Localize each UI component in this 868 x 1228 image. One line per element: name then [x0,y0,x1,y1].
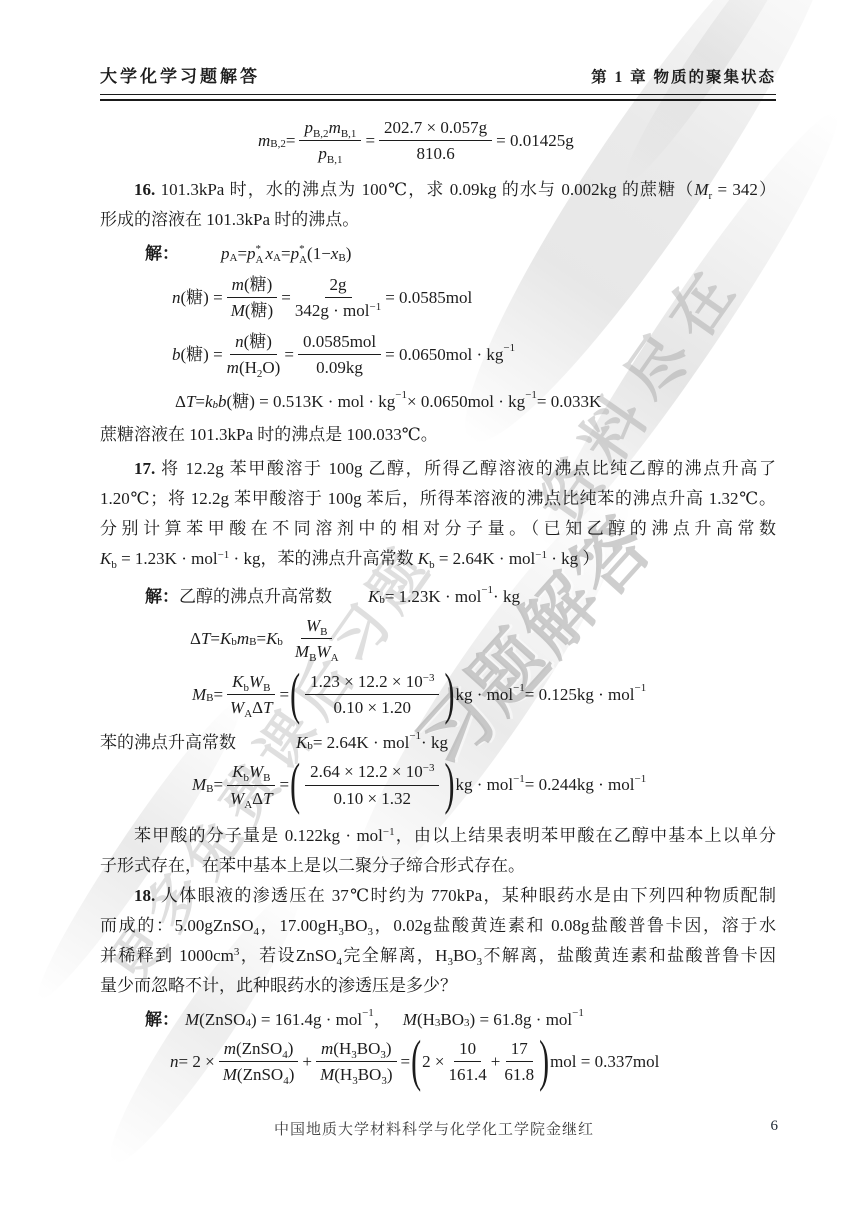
fraction-denominator: M(H3BO3) [320,1062,392,1085]
text-run: ) [386,1039,392,1058]
fraction: 202.7 × 0.057g810.6 [379,117,492,165]
text-run: 3 [464,1018,470,1029]
text-run: BO [453,946,477,965]
p16-line2: 形成的溶液在 101.3kPa 时的沸点。 [100,205,776,235]
text-run: b [243,682,249,694]
text-run: (糖) [244,332,272,351]
text-run: = 1.23K · mol [117,549,218,568]
sup-sub-stack: *A [299,244,307,266]
text-run: O) [262,358,280,377]
text-run: 3 [351,1049,357,1061]
text-run: + [302,1051,312,1072]
text-run: 3 [234,946,240,958]
fraction: 10161.4 [448,1038,486,1086]
text-run: 17 [511,1039,528,1058]
text-run: x [266,243,274,264]
text-run: −1 [409,731,421,742]
text-run: 4 [283,1075,289,1087]
text-run: · kg，苯的沸点升高常数 [229,549,417,568]
p17-line3: 分别计算苯甲酸在不同溶剂中的相对分子量。（已知乙醇的沸点升高常数 [100,514,776,544]
text-run: −3 [423,672,435,684]
fraction-numerator: n(糖) [230,331,277,355]
text-run: B,2 [313,128,329,140]
text-run: B [338,253,345,264]
text-run: 1.20℃；将 12.2g 苯甲酸溶于 100g 苯后，所得苯溶液的沸点比纯苯的… [100,489,776,508]
text-run: B [249,637,256,648]
text-run: B [263,772,270,784]
right-paren: ) [539,1026,549,1097]
text-run: ， [374,1009,391,1030]
text-run: 解： [145,243,179,264]
text-run: = 1.23K · mol [385,586,481,607]
document-page: 更多免费课后习题 资料尽在 习题解答 大学化学习题解答 第 1 章 物质的聚集状… [0,0,868,1228]
text-run: K [418,549,429,568]
fraction-numerator: 202.7 × 0.057g [379,117,492,141]
text-run: 量少而忽略不计，此种眼药水的渗透压是多少？ [100,976,457,995]
text-run: r [708,190,712,202]
text-run: 4 [245,1018,251,1029]
text-run: 形成的溶液在 101.3kPa 时的沸点。 [100,210,359,229]
var-with-sup-sub: p*A [247,243,263,266]
fraction-numerator: 17 [506,1038,533,1062]
text-run: = [401,1051,411,1072]
text-run: W [249,762,263,781]
text-run: m [237,628,249,649]
text-run: 810.6 [416,144,454,163]
text-run: 子形式存在，在苯中基本上是以二聚分子缔合形式存在。 [100,856,525,875]
text-run: n [235,332,244,351]
text-run: 3 [477,956,483,968]
eq-pa: 解：pA = p*AxA = p*A(1− xB) [100,243,776,266]
text-run: m [232,275,244,294]
text-run: 2 × [422,1051,444,1072]
text-run: = 0.244kg · mol [525,774,635,795]
text-run: 蔗糖溶液在 101.3kPa 时的沸点是 100.033℃。 [100,425,438,444]
text-run: b [277,637,283,648]
fraction-denominator: M(糖) [231,298,274,321]
text-run: ，17.00gH [259,916,338,935]
text-run: (糖) = 0.513K · mol · kg [227,391,396,412]
text-run: · kg [493,586,520,607]
text-run: T [263,698,272,717]
text-run: ，0.02g盐酸黄连素和 0.08g盐酸普鲁卡因，溶于水 [373,916,776,935]
text-run: 3 [368,926,374,938]
text-run: B [263,682,270,694]
text-run: 0.10 × 1.20 [333,698,411,717]
text-run: 3 [338,926,344,938]
text-run: (糖) [245,301,273,320]
text-run: −1 [503,343,515,354]
text-run: 苯的沸点升高常数 [100,732,236,753]
fraction: 1761.8 [504,1038,534,1086]
text-run: m [224,1039,236,1058]
fraction: pB,2mB,1pB,1 [299,117,361,165]
fraction: KbWBWAΔT [227,671,275,719]
sup-sub-stack: *A [256,244,264,266]
p17-benzene-label: 苯的沸点升高常数Kb = 2.64K · mol−1 · kg [100,732,776,753]
text-run: −1 [525,390,537,401]
fraction-denominator: 0.09kg [316,355,363,378]
text-run: (H [239,358,257,377]
fraction-numerator: 0.0585mol [298,331,381,355]
p17-line1: 17. 将 12.2g 苯甲酸溶于 100g 乙醇，所得乙醇溶液的沸点比纯乙醇的… [100,454,776,484]
text-run: −1 [481,585,493,596]
text-run: ，若设ZnSO [239,946,336,965]
eq-n-sugar: n(糖) = m(糖)M(糖) = 2g342g · mol−1 = 0.058… [100,274,776,322]
text-run: B [320,626,327,638]
text-run: = 342） [712,180,776,199]
fraction-numerator: 10 [454,1038,481,1062]
eq-deltaT-17: ΔT = KbmB = KbWBMBWA [100,615,776,663]
text-run: K [100,549,111,568]
text-run: 342g · mol [295,301,370,320]
text-run: (糖) [244,275,272,294]
document-body: mB,2 = pB,2mB,1pB,1 = 202.7 × 0.057g810.… [100,117,776,1086]
text-run: 161.4 [448,1065,486,1084]
text-run: = 2 × [179,1051,215,1072]
text-run: 完全解离，H [342,946,448,965]
page-header: 大学化学习题解答 第 1 章 物质的聚集状态 [100,62,776,87]
text-run: p [318,144,327,163]
text-run: T [201,628,210,649]
fraction: 2g342g · mol−1 [295,274,381,322]
text-run: 101.3kPa 时，水的沸点为 100℃，求 0.09kg 的水与 0.002… [155,180,694,199]
text-run: = [195,391,205,412]
fraction-numerator: m(糖) [227,274,278,298]
text-run: −1 [572,1008,584,1019]
text-run: m [258,130,270,151]
text-run: = [279,774,289,795]
text-run: 10 [459,1039,476,1058]
text-run: 解： [145,1009,179,1030]
text-run: 4 [282,1049,288,1061]
fraction-denominator: M(ZnSO4) [223,1062,295,1085]
fraction-denominator: 810.6 [416,141,454,164]
fraction: m(ZnSO4)M(ZnSO4) [219,1038,299,1086]
eq-b-sugar: b(糖) = n(糖)m(H2O) = 0.0585mol0.09kg = 0.… [100,331,776,379]
text-run: ) = 161.4g · mol [251,1009,362,1030]
fraction: 0.0585mol0.09kg [298,331,381,379]
text-run: BO [440,1009,464,1030]
fraction: 2.64 × 12.2 × 10−30.10 × 1.32 [305,761,439,809]
text-run: T [263,789,272,808]
text-run: 4 [254,926,260,938]
text-run: −1 [362,1008,374,1019]
text-run: (1− [307,243,331,264]
fraction-numerator: pB,2mB,1 [299,117,361,141]
text-run: T [186,391,195,412]
text-run: kg · mol [455,684,513,705]
text-run: (H [333,1039,351,1058]
text-run: 18. [134,886,155,905]
var-base: p [247,244,256,263]
eq-n-total: n = 2 × m(ZnSO4)M(ZnSO4) + m(H3BO3)M(H3B… [100,1038,776,1086]
text-run: = [365,130,375,151]
text-run: W [316,642,330,661]
text-run: BO [357,1039,381,1058]
text-run: = 0.01425g [496,130,574,151]
fraction-numerator: m(H3BO3) [316,1038,397,1062]
text-run: b [213,400,219,411]
text-run: = [286,130,296,151]
text-run: 苯甲酸的分子量是 0.122kg · mol [134,826,383,845]
text-run: 1.23 × 12.2 × 10 [310,672,423,691]
p18-sol-M: 解：M(ZnSO4) = 161.4g · mol−1，M(H3BO3) = 6… [100,1009,776,1030]
p17-line4: Kb = 1.23K · mol−1 · kg，苯的沸点升高常数 Kb = 2.… [100,544,776,574]
text-run: 61.8 [504,1065,534,1084]
text-run: A [273,253,281,264]
fraction: m(H3BO3)M(H3BO3) [316,1038,397,1086]
text-run: B [206,784,213,795]
text-run: m [321,1039,333,1058]
footer-affiliation: 中国地质大学材料科学与化学化工学院金继红 [0,1118,868,1139]
text-run: Δ [175,391,186,412]
text-run: M [694,180,708,199]
text-run: 3 [380,1049,386,1061]
text-run: 分别计算苯甲酸在不同溶剂中的相对分子量。（已知乙醇的沸点升高常数 [100,519,776,538]
text-run: Δ [252,698,263,717]
text-run: b [379,595,385,606]
text-run: ) [289,1065,295,1084]
fraction-denominator: 0.10 × 1.20 [333,695,411,718]
text-run: · kg ） [547,549,599,568]
fraction: WBMBWA [295,615,339,663]
text-run: W [306,616,320,635]
text-run: ) [346,243,352,264]
text-run: 将 12.2g 苯甲酸溶于 100g 乙醇，所得乙醇溶液的沸点比纯乙醇的沸点升高… [155,459,776,478]
p18-line3: 并稀释到 1000cm3，若设ZnSO4完全解离，H3BO3不解离，盐酸黄连素和… [100,941,776,971]
text-run: ，由以上结果表明苯甲酸在乙醇中基本上以单分 [395,826,776,845]
text-run: B,2 [270,139,286,150]
text-run: = [214,684,224,705]
text-run: = 0.0650mol · kg [385,344,503,365]
text-run: + [491,1051,501,1072]
left-paren: ( [290,659,300,730]
text-run: K [232,762,243,781]
text-run: b [429,559,435,571]
left-paren: ( [290,749,300,820]
text-run: Δ [190,628,201,649]
p17-concl-line1: 苯甲酸的分子量是 0.122kg · mol−1，由以上结果表明苯甲酸在乙醇中基… [100,821,776,851]
fraction-denominator: WAΔT [230,786,273,809]
text-run: W [249,672,263,691]
text-run: = 0.0585mol [385,287,472,308]
p16-answer: 蔗糖溶液在 101.3kPa 时的沸点是 100.033℃。 [100,420,776,450]
text-run: M [192,684,206,705]
text-run: k [205,391,213,412]
fraction-denominator: 342g · mol−1 [295,298,381,321]
var-with-sup-sub: p*A [291,243,307,266]
text-run: × 0.0650mol · kg [407,391,525,412]
text-run: −1 [513,774,525,785]
fraction-denominator: 61.8 [504,1062,534,1085]
text-run: (ZnSO [237,1065,283,1084]
eq-deltaT-16: ΔT = kbb(糖) = 0.513K · mol · kg−1 × 0.06… [100,391,776,412]
text-run: = 2.64K · mol [313,732,409,753]
fraction: n(糖)m(H2O) [227,331,281,379]
text-run: = 0.033K [537,391,601,412]
text-run: 3 [381,1075,387,1087]
text-run: W [230,698,244,717]
text-run: = [237,243,247,264]
text-run: = [210,628,220,649]
text-run: b [243,772,249,784]
p17-concl-line2: 子形式存在，在苯中基本上是以二聚分子缔合形式存在。 [100,851,776,881]
text-run: B,1 [327,154,343,166]
text-run: 0.09kg [316,358,363,377]
text-run: 3 [447,956,453,968]
text-run: B,1 [341,128,357,140]
fraction-denominator: 161.4 [448,1062,486,1085]
fraction: 1.23 × 12.2 × 10−30.10 × 1.20 [305,671,439,719]
header-chapter-title: 第 1 章 物质的聚集状态 [591,65,776,87]
text-run: 2g [330,275,347,294]
text-run: 2 [257,368,263,380]
text-run: A [331,652,339,664]
text-run: −1 [513,683,525,694]
text-run: K [368,586,379,607]
text-run: b [218,391,227,412]
text-run: −1 [535,549,547,561]
text-run: 解： [145,586,179,607]
fraction: m(糖)M(糖) [227,274,278,322]
fraction-numerator: 2g [325,274,352,298]
text-run: n [172,287,181,308]
text-run: x [331,243,339,264]
text-run: ) [387,1065,393,1084]
text-run: n [170,1051,179,1072]
text-run: 2.64 × 12.2 × 10 [310,762,423,781]
fraction-denominator: MBWA [295,639,339,662]
p16-line1: 16. 101.3kPa 时，水的沸点为 100℃，求 0.09kg 的水与 0… [100,175,776,205]
text-run: = 0.125kg · mol [525,684,635,705]
text-run: (H [334,1065,352,1084]
fraction-numerator: 1.23 × 12.2 × 10−3 [305,671,439,695]
text-run: ) = 61.8g · mol [470,1009,573,1030]
text-run: kg · mol [455,774,513,795]
text-run: M [320,1065,334,1084]
text-run: b [307,741,313,752]
text-run: −1 [369,301,381,313]
text-run: b [111,559,117,571]
fraction-numerator: KbWB [227,761,275,785]
text-run: 4 [336,956,342,968]
var-base: p [291,244,300,263]
text-run: −1 [218,549,230,561]
text-run: = [214,774,224,795]
p18-line4: 量少而忽略不计，此种眼药水的渗透压是多少？ [100,971,776,1001]
text-run: (ZnSO [236,1039,282,1058]
header-book-title: 大学化学习题解答 [100,62,260,87]
text-run: (糖) = [181,344,223,365]
text-run: −1 [635,774,647,785]
right-paren: ) [444,749,454,820]
text-run: 202.7 × 0.057g [384,118,487,137]
fraction-denominator: pB,1 [318,141,342,164]
text-run: 人体眼液的渗透压在 37℃时约为 770kPa，某种眼药水是由下列四种物质配制 [155,886,776,905]
page-number: 6 [771,1118,779,1135]
text-run: p [304,118,313,137]
p17-line2: 1.20℃；将 12.2g 苯甲酸溶于 100g 苯后，所得苯溶液的沸点比纯苯的… [100,484,776,514]
text-run: BO [344,916,368,935]
text-run: = [281,243,291,264]
text-run: = [256,628,266,649]
text-run: b [231,637,237,648]
text-run: = [284,344,294,365]
text-run: 3 [352,1075,358,1087]
eq-MB-benzene: MB = KbWBWAΔT = (2.64 × 12.2 × 10−30.10 … [100,761,776,809]
text-run: B [206,693,213,704]
p17-sol-ethanol: 解：乙醇的沸点升高常数Kb = 1.23K · mol−1 · kg [100,586,776,607]
text-run: BO [358,1065,382,1084]
text-run: 0.10 × 1.32 [333,789,411,808]
text-run: = [281,287,291,308]
text-run: = 2.64K · mol [435,549,536,568]
text-run: 3 [435,1018,441,1029]
text-run: M [231,301,245,320]
fraction-numerator: m(ZnSO4) [219,1038,299,1062]
header-rule [100,94,776,101]
text-run: M [192,774,206,795]
text-run: B [309,652,316,664]
text-run: −1 [383,826,395,838]
text-run: M [223,1065,237,1084]
fraction-numerator: 2.64 × 12.2 × 10−3 [305,761,439,785]
right-paren: ) [444,659,454,730]
fraction-denominator: 0.10 × 1.32 [333,786,411,809]
text-run: 0.0585mol [303,332,376,351]
text-run: M [185,1009,199,1030]
text-run: −3 [423,762,435,774]
p18-line1: 18. 人体眼液的渗透压在 37℃时约为 770kPa，某种眼药水是由下列四种物… [100,881,776,911]
text-run: K [266,628,277,649]
text-run: A [230,253,238,264]
fraction-denominator: m(H2O) [227,355,281,378]
text-run: K [232,672,243,691]
text-run: 16. [134,180,155,199]
fraction-numerator: WB [301,615,333,639]
text-run: W [230,789,244,808]
text-run: Δ [252,789,263,808]
eq-MB-ethanol: MB = KbWBWAΔT = (1.23 × 12.2 × 10−30.10 … [100,671,776,719]
text-run: m [227,358,239,377]
eq-mb2: mB,2 = pB,2mB,1pB,1 = 202.7 × 0.057g810.… [100,117,776,165]
text-run: 17. [134,459,155,478]
text-run: 并稀释到 1000cm [100,946,234,965]
text-run: = [279,684,289,705]
text-run: p [221,243,230,264]
text-run: 而成的：5.00gZnSO [100,916,254,935]
text-run: 不解离，盐酸黄连素和盐酸普鲁卡因 [482,946,776,965]
text-run: (ZnSO [199,1009,245,1030]
p18-line2: 而成的：5.00gZnSO4，17.00gH3BO3，0.02g盐酸黄连素和 0… [100,911,776,941]
text-run: −1 [395,390,407,401]
text-run: A [244,799,252,811]
text-run: b [172,344,181,365]
text-run: K [220,628,231,649]
fraction-numerator: KbWB [227,671,275,695]
text-run: (糖) = [181,287,223,308]
text-run: m [329,118,341,137]
text-run: −1 [635,683,647,694]
left-paren: ( [411,1026,421,1097]
text-run: A [244,708,252,720]
text-run: ) [288,1039,294,1058]
fraction: KbWBWAΔT [227,761,275,809]
text-run: 乙醇的沸点升高常数 [179,586,332,607]
fraction-denominator: WAΔT [230,695,273,718]
text-run: mol = 0.337mol [550,1051,659,1072]
